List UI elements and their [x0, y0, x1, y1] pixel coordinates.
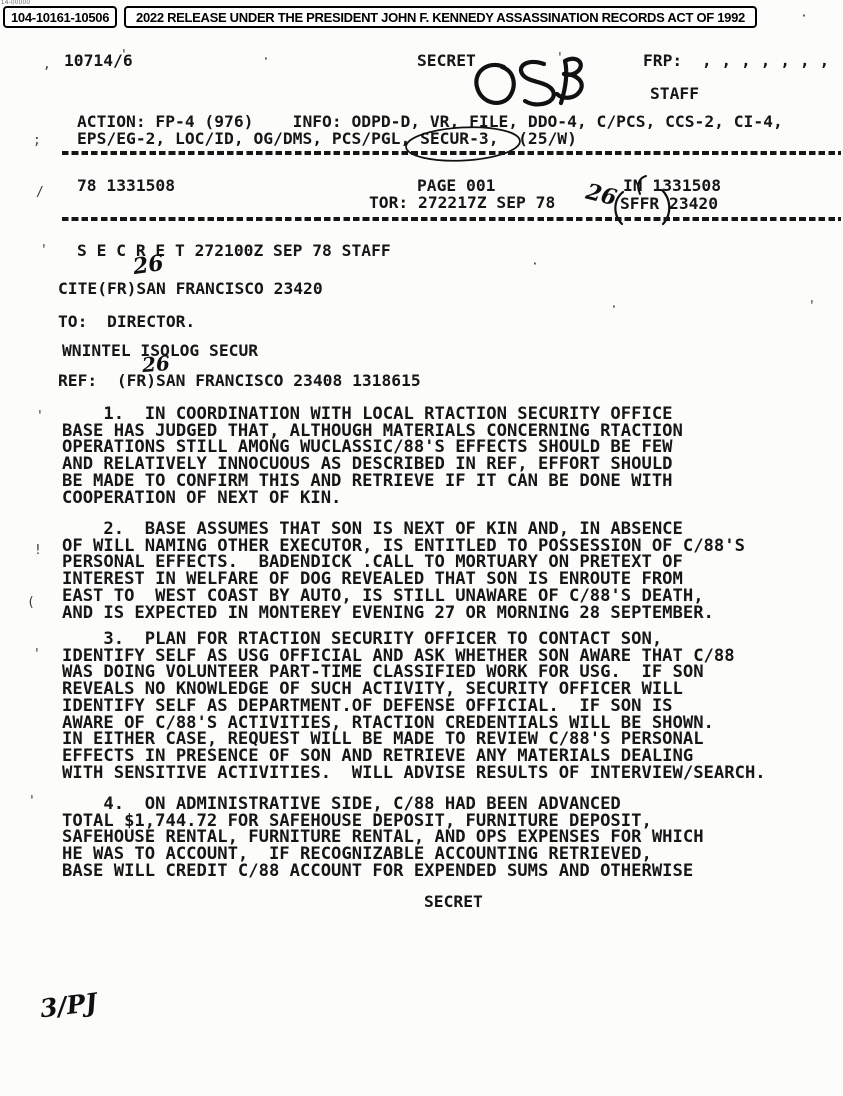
- paragraph-2: 2. BASE ASSUMES THAT SON IS NEXT OF KIN …: [62, 521, 745, 621]
- ref-line: REF: (FR)SAN FRANCISCO 23408 1318615: [58, 373, 421, 389]
- frp-line: FRP: , , , , , , ,: [643, 53, 829, 69]
- classification-top: SECRET: [417, 53, 476, 69]
- stray-mark: ': [36, 410, 44, 423]
- stray-mark: ;: [33, 134, 41, 147]
- to-line: TO: DIRECTOR.: [58, 314, 195, 330]
- handwritten-mark-secret: 26: [132, 252, 165, 278]
- dashed-separator-2: [62, 217, 841, 221]
- dashed-separator-1: [62, 151, 841, 155]
- message-classification-line: S E C R E T 272100Z SEP 78 STAFF: [77, 243, 391, 259]
- stray-mark: ': [33, 648, 41, 661]
- serial-number: 78 1331508: [77, 178, 175, 194]
- record-number-box: 104-10161-10506: [3, 6, 117, 28]
- stray-mark: ': [808, 300, 816, 313]
- stray-mark: (: [27, 596, 35, 609]
- release-banner-box: 2022 RELEASE UNDER THE PRESIDENT JOHN F.…: [124, 6, 757, 28]
- paragraph-4: 4. ON ADMINISTRATIVE SIDE, C/88 HAD BEEN…: [62, 796, 704, 880]
- handwritten-bottom-mark: 3/PJ: [39, 990, 99, 1022]
- handwritten-circle-secur: [398, 122, 530, 172]
- record-number: 104-10161-10506: [11, 10, 109, 25]
- stray-mark: ·: [800, 10, 808, 23]
- release-banner: 2022 RELEASE UNDER THE PRESIDENT JOHN F.…: [136, 10, 745, 25]
- paragraph-3: 3. PLAN FOR RTACTION SECURITY OFFICER TO…: [62, 631, 766, 781]
- stray-mark: ,: [43, 58, 51, 71]
- tor-line: TOR: 272217Z SEP 78: [369, 195, 555, 211]
- staff-label: STAFF: [650, 86, 699, 102]
- handwritten-parens-sffr: [605, 172, 680, 232]
- stray-mark: ': [120, 49, 128, 62]
- stray-mark: ·: [610, 301, 618, 314]
- paragraph-1: 1. IN COORDINATION WITH LOCAL RTACTION S…: [62, 406, 683, 506]
- stray-mark: ': [556, 52, 564, 65]
- stray-mark: /: [36, 186, 44, 199]
- stray-mark: ·: [531, 258, 539, 271]
- page-number: PAGE 001: [417, 178, 495, 194]
- stray-mark: ·: [262, 53, 270, 66]
- cite-line: CITE(FR)SAN FRANCISCO 23420: [58, 281, 323, 297]
- stray-mark: !: [34, 544, 42, 557]
- handwritten-osb: [468, 56, 593, 112]
- footer-classification: SECRET: [424, 894, 483, 910]
- stray-mark: ': [28, 795, 36, 808]
- stray-mark: ': [40, 244, 48, 257]
- document-page: 14-00000 104-10161-10506 2022 RELEASE UN…: [0, 0, 843, 1096]
